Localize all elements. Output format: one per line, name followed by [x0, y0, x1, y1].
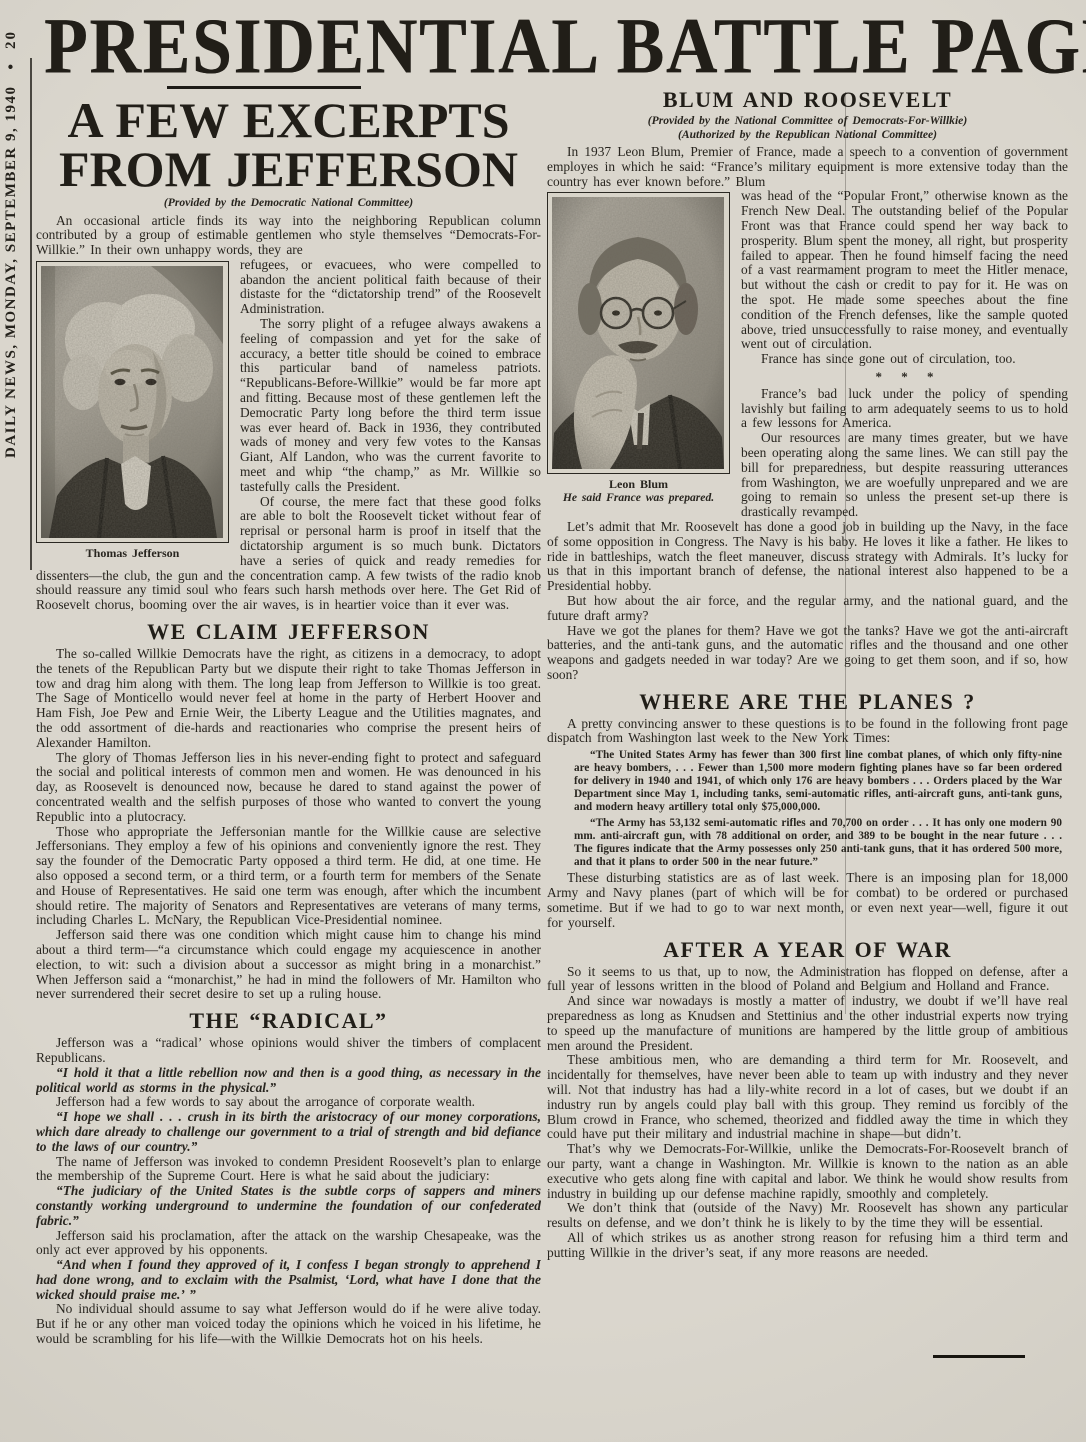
section-heading-where-are-the-planes: WHERE ARE THE PLANES ? [547, 690, 1068, 714]
jefferson-quote: “I hope we shall . . . crush in its birt… [36, 1110, 541, 1154]
edition-date-rule [30, 58, 32, 570]
left-headline: A FEW EXCERPTSFROM JEFFERSON [36, 96, 541, 194]
leon-blum-photo-frame [547, 192, 730, 474]
section-heading-after-a-year-of-war: AFTER A YEAR OF WAR [547, 938, 1068, 962]
paragraph: But how about the air force, and the reg… [547, 594, 1068, 624]
bullet-icon: ● [5, 60, 16, 73]
paragraph: The so-called Willkie Democrats have the… [36, 647, 541, 751]
jefferson-quote: “The judiciary of the United States is t… [36, 1184, 541, 1228]
jefferson-photo-caption: Thomas Jefferson [36, 546, 229, 560]
paragraph: No individual should assume to say what … [36, 1302, 541, 1346]
masthead-rule [167, 86, 361, 89]
jefferson-figure: Thomas Jefferson [36, 261, 229, 560]
left-article: A FEW EXCERPTSFROM JEFFERSON (Provided b… [36, 96, 541, 1442]
paragraph: Jefferson had a few words to say about t… [36, 1095, 541, 1110]
paragraph: The glory of Thomas Jefferson lies in hi… [36, 751, 541, 825]
paragraph: And since war nowadays is mostly a matte… [547, 994, 1068, 1053]
edition-date-strip: DAILY NEWS, MONDAY, SEPTEMBER 9, 1940●20 [3, 12, 29, 458]
paragraph: That’s why we Democrats-For-Willkie, unl… [547, 1142, 1068, 1201]
paragraph: Jefferson said his proclamation, after t… [36, 1229, 541, 1259]
paragraph: Jefferson was a “radical’ whose opinions… [36, 1036, 541, 1066]
section-heading-the-radical: THE “RADICAL” [36, 1009, 541, 1033]
leon-blum-photo-caption: Leon BlumHe said France was prepared. [547, 477, 730, 505]
leon-blum-caption-name: Leon Blum [609, 477, 668, 491]
jefferson-photo-frame [36, 261, 229, 543]
section-heading-we-claim-jefferson: WE CLAIM JEFFERSON [36, 620, 541, 644]
paragraph: So it seems to us that, up to now, the A… [547, 965, 1068, 995]
jefferson-quote: “I hold it that a little rebellion now a… [36, 1066, 541, 1096]
paragraph: These disturbing statistics are as of la… [547, 871, 1068, 930]
paragraph: We don’t think that (outside of the Navy… [547, 1201, 1068, 1231]
paragraph: In 1937 Leon Blum, Premier of France, ma… [547, 145, 1068, 189]
paragraph: The name of Jefferson was invoked to con… [36, 1155, 541, 1185]
paragraph: These ambitious men, who are demanding a… [547, 1053, 1068, 1142]
edition-date: DAILY NEWS, MONDAY, SEPTEMBER 9, 1940 [3, 85, 19, 458]
paragraph: Jefferson said there was one condition w… [36, 928, 541, 1002]
paragraph: An occasional article finds its way into… [36, 214, 541, 258]
leon-blum-figure: Leon BlumHe said France was prepared. [547, 192, 730, 505]
newspaper-page: DAILY NEWS, MONDAY, SEPTEMBER 9, 1940●20… [0, 0, 1086, 1442]
paragraph: Those who appropriate the Jeffersonian m… [36, 825, 541, 929]
paragraph: Have we got the planes for them? Have we… [547, 624, 1068, 683]
nyt-dispatch-quote: “The United States Army has fewer than 3… [574, 749, 1062, 814]
right-byline-provided: (Provided by the National Committee of D… [547, 114, 1068, 128]
paragraph: All of which strikes us as another stron… [547, 1231, 1068, 1261]
right-article: BLUM AND ROOSEVELT (Provided by the Nati… [547, 88, 1068, 1442]
nyt-dispatch-quote: “The Army has 53,132 semi-automatic rifl… [574, 817, 1062, 869]
masthead-title: PRESIDENTIAL BATTLE PAGE [44, 2, 1082, 93]
leon-blum-portrait-photo [552, 197, 724, 469]
right-article-title: BLUM AND ROOSEVELT [547, 88, 1068, 112]
page-number: 20 [3, 30, 20, 49]
paragraph: A pretty convincing answer to these ques… [547, 717, 1068, 747]
left-headline-line2: FROM JEFFERSON [59, 141, 518, 197]
left-byline: (Provided by the Democratic National Com… [36, 196, 541, 210]
right-byline-authorized: (Authorized by the Republican National C… [547, 128, 1068, 142]
leon-blum-caption-sub: He said France was prepared. [547, 491, 730, 505]
jefferson-quote: “And when I found they approved of it, I… [36, 1258, 541, 1302]
jefferson-portrait-photo [41, 266, 223, 538]
paragraph: Let’s admit that Mr. Roosevelt has done … [547, 520, 1068, 594]
